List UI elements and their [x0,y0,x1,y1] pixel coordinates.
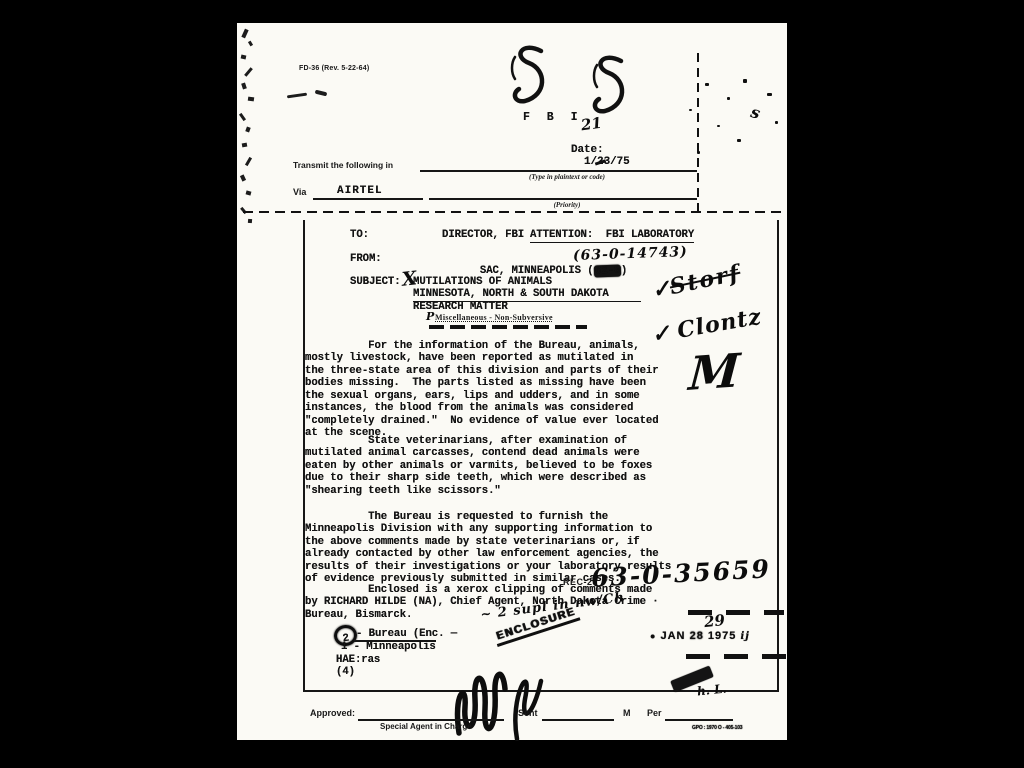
transmit-label: Transmit the following in [293,160,393,170]
priority-hint: (Priority) [487,201,647,209]
paragraph-1: For the information of the Bureau, anima… [305,340,659,440]
paragraph-2: State veterinarians, after examination o… [305,435,652,497]
dashed-horizontal-divider [243,211,783,213]
via-value: AIRTEL [337,185,383,197]
cc-line-bureau: - Bureau (Enc. — [356,628,457,640]
margin-initial-m: M [687,343,742,401]
date-stamp-month: JAN [661,630,686,642]
date-struck-digit: 2 [597,156,604,168]
from-blackout-scribble: 62-0 [593,265,621,278]
via-line [313,198,423,200]
subject-line-1: MUTILATIONS OF ANIMALS [413,276,552,288]
attention-value: ATTENTION: FBI LABORATORY [530,229,694,243]
sent-line [542,719,614,721]
date-value-suffix: 3/75 [604,156,630,168]
approved-sublabel: Special Agent in Charge [380,722,472,731]
dashed-vertical-divider [697,53,699,211]
from-label: FROM: [350,253,382,265]
date-stamp-struck-day: 28 [690,630,704,642]
via-label: Via [293,187,306,197]
reviewed-initials: h. L. [696,681,727,698]
type-hint: (Type in plaintext or code) [467,173,667,181]
subject-label: SUBJECT: [350,276,401,288]
pen-curl-right [585,53,631,119]
per-line [665,719,733,721]
document-page: s FD-36 (Rev. 5-22-64) F B I 21 Date: 1/… [237,23,787,740]
priority-line [429,198,697,200]
corner-pen-mark: s [749,102,763,123]
pen-curl-left [505,43,551,109]
date-stamp-text: ● JAN 28 1975 ij [650,630,750,642]
to-label: TO: [350,229,369,241]
date-stamp-trailing-mark: ij [740,631,749,642]
scan-specks: s [677,63,787,173]
to-value: DIRECTOR, FBI [442,229,524,241]
date-stamp-day-handwritten: 29 [703,611,726,631]
subject-line-2: MINNESOTA, NORTH & SOUTH DAKOTA [413,288,641,302]
gpo-print: GPO : 1970 O - 405-103 [692,725,742,731]
date-stamp: ● JAN 28 1975 ij 29 [642,608,787,663]
m-label: M [623,708,631,718]
approved-line [358,719,504,721]
scan-noise [237,23,259,233]
cc-line-minneapolis: 1 - Minneapolis [341,641,436,653]
cc-line-count: (4) [336,666,355,678]
date-stamp-bullet: ● [650,631,656,641]
sent-label: Sent [518,708,538,718]
per-label: Per [647,708,662,718]
pen-scribble-small [287,89,337,101]
date-label: Date: [571,144,604,156]
classification-label: Miscellaneous - Non-Subversive [435,313,553,322]
date-stamp-year: 1975 [708,630,736,642]
classification-strike [429,325,587,329]
transmit-line [420,170,697,172]
classification-mark: P [426,310,434,323]
date-stamp-bar-bottom [686,654,786,659]
fbi-heading: F B I [523,111,583,124]
cc-line-initials: HAE:ras [336,654,380,666]
from-close-paren: ) [621,265,627,277]
form-number: FD-36 (Rev. 5-22-64) [299,65,369,72]
page-background: s FD-36 (Rev. 5-22-64) F B I 21 Date: 1/… [0,0,1024,768]
approved-label: Approved: [310,708,355,718]
